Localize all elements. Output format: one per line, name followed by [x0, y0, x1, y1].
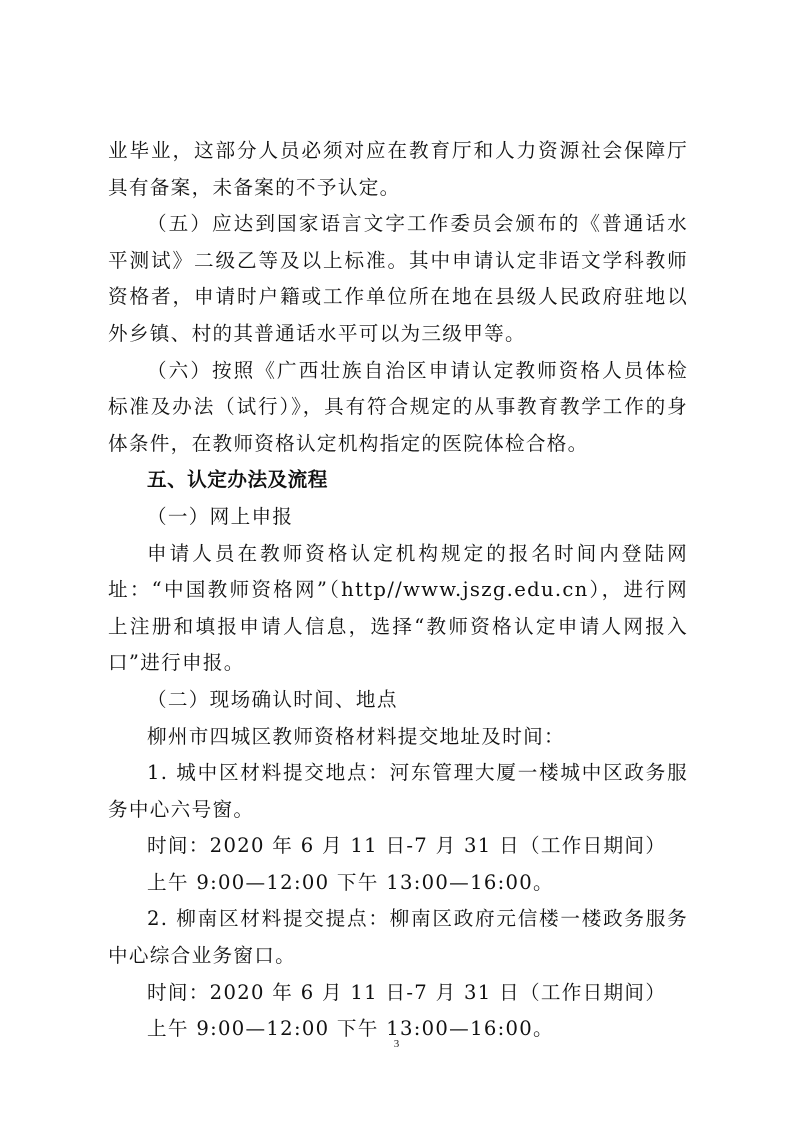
paragraph-mandarin-requirement: （五）应达到国家语言文字工作委员会颁布的《普通话水平测试》二级乙等及以上标准。其… [108, 206, 688, 352]
paragraph-liunan-dates: 时间：2020 年 6 月 11 日-7 月 31 日（工作日期间） [108, 975, 688, 1012]
subheading-onsite-confirmation: （二）现场确认时间、地点 [108, 682, 688, 719]
paragraph-chengzhong-dates: 时间：2020 年 6 月 11 日-7 月 31 日（工作日期间） [108, 828, 688, 865]
page-number: 3 [0, 1038, 793, 1050]
paragraph-online-application: 申请人员在教师资格认定机构规定的报名时间内登陆网址：“中国教师资格网”（http… [108, 536, 688, 682]
section-heading-procedure: 五、认定办法及流程 [108, 462, 688, 499]
paragraph-chengzhong-hours: 上午 9:00—12:00 下午 13:00—16:00。 [108, 865, 688, 902]
paragraph-filing-requirement: 业毕业，这部分人员必须对应在教育厅和人力资源社会保障厅具有备案，未备案的不予认定… [108, 133, 688, 206]
paragraph-chengzhong-location: 1. 城中区材料提交地点：河东管理大厦一楼城中区政务服务中心六号窗。 [108, 755, 688, 828]
document-page-body: 业毕业，这部分人员必须对应在教育厅和人力资源社会保障厅具有备案，未备案的不予认定… [108, 133, 688, 1048]
paragraph-health-requirement: （六）按照《广西壮族自治区申请认定教师资格人员体检标准及办法（试行）》，具有符合… [108, 353, 688, 463]
subheading-online-application: （一）网上申报 [108, 499, 688, 536]
paragraph-submission-intro: 柳州市四城区教师资格材料提交地址及时间： [108, 719, 688, 756]
paragraph-liunan-location: 2. 柳南区材料提交提点：柳南区政府元信楼一楼政务服务中心综合业务窗口。 [108, 901, 688, 974]
